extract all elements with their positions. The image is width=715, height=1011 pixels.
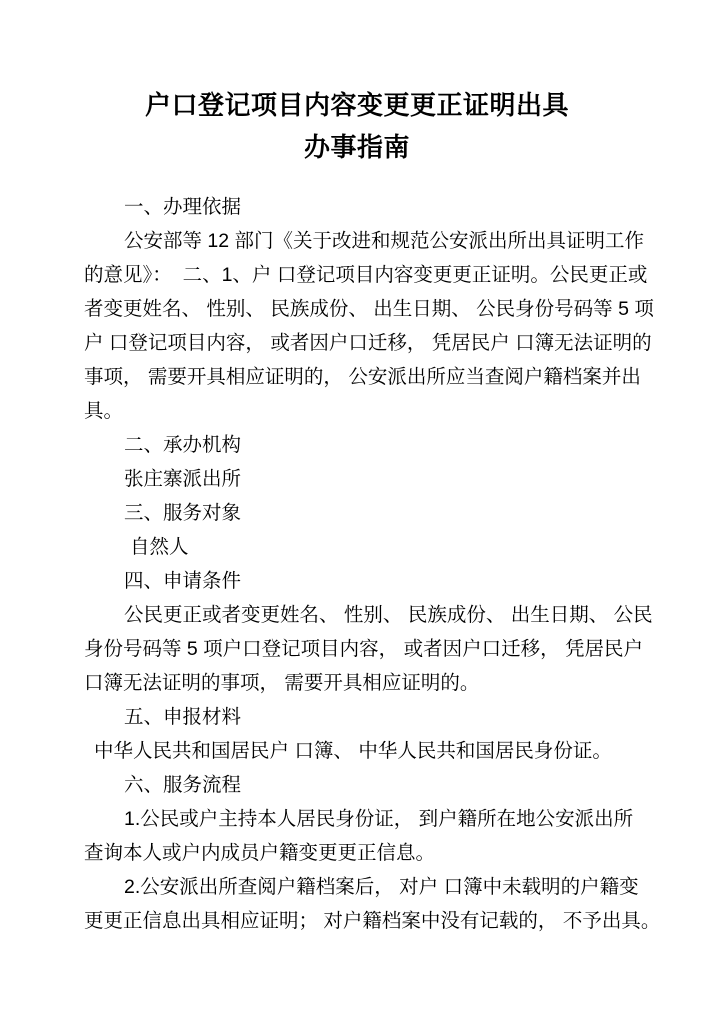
text-line: 口簿无法证明的事项， 需要开具相应证明的。 <box>84 666 630 700</box>
section-heading: 五、申报材料 <box>84 700 630 734</box>
section-heading: 三、服务对象 <box>84 496 630 530</box>
section-heading: 六、服务流程 <box>84 768 630 802</box>
document-title: 户口登记项目内容变更更正证明出具 <box>84 84 630 126</box>
document-subtitle: 办事指南 <box>84 126 630 168</box>
text-line: 事项， 需要开具相应证明的， 公安派出所应当查阅户籍档案并出 <box>84 360 630 394</box>
text-line: 具。 <box>84 394 630 428</box>
document-title-block: 户口登记项目内容变更更正证明出具 办事指南 <box>84 84 630 168</box>
text-line: 公安部等 12 部门《关于改进和规范公安派出所出具证明工作 <box>84 224 630 258</box>
text-line: 2.公安派出所查阅户籍档案后， 对户 口簿中未载明的户籍变 <box>84 870 630 904</box>
text-line: 1.公民或户主持本人居民身份证， 到户籍所在地公安派出所 <box>84 802 630 836</box>
text-line: 身份号码等 5 项户口登记项目内容， 或者因户口迁移， 凭居民户 <box>84 632 630 666</box>
text-line: 户 口登记项目内容， 或者因户口迁移， 凭居民户 口簿无法证明的 <box>84 326 630 360</box>
section-heading: 二、承办机构 <box>84 428 630 462</box>
document-body: 一、办理依据 公安部等 12 部门《关于改进和规范公安派出所出具证明工作 的意见… <box>84 190 630 938</box>
document-page: 户口登记项目内容变更更正证明出具 办事指南 一、办理依据 公安部等 12 部门《… <box>84 84 630 938</box>
text-line: 查询本人或户内成员户籍变更更正信息。 <box>84 836 630 870</box>
text-line: 公民更正或者变更姓名、 性别、 民族成份、 出生日期、 公民 <box>84 598 630 632</box>
text-line: 者变更姓名、 性别、 民族成份、 出生日期、 公民身份号码等 5 项 <box>84 292 630 326</box>
section-heading: 一、办理依据 <box>84 190 630 224</box>
text-line: 更更正信息出具相应证明； 对户籍档案中没有记载的， 不予出具。 <box>84 904 630 938</box>
text-line: 自然人 <box>84 530 630 564</box>
text-line: 中华人民共和国居民户 口簿、 中华人民共和国居民身份证。 <box>84 734 630 768</box>
text-line: 的意见》： 二、1、户 口登记项目内容变更更正证明。公民更正或 <box>84 258 630 292</box>
text-line: 张庄寨派出所 <box>84 462 630 496</box>
section-heading: 四、申请条件 <box>84 564 630 598</box>
